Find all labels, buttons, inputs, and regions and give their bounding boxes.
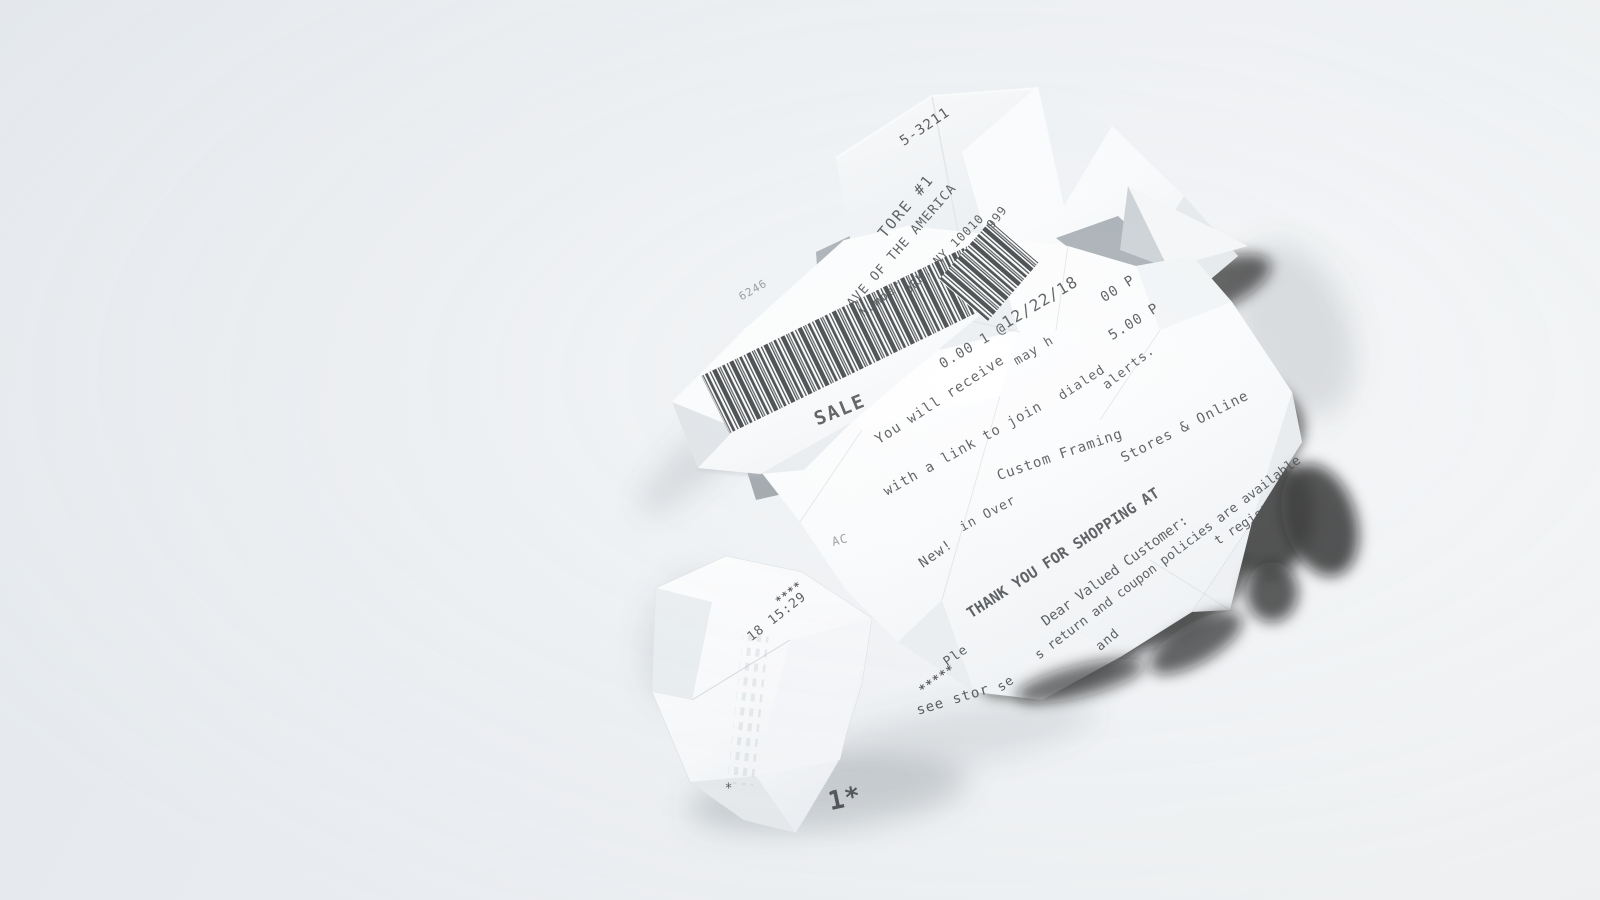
dear-customer: Dear Valued Customer: [1039, 513, 1192, 630]
price-top: 00 P [1098, 272, 1138, 306]
phone-fragment: 5-3211 [897, 105, 953, 150]
sale-label: SALE [811, 390, 869, 431]
footer-fragment: 1* [826, 781, 865, 817]
custom-framing: Custom Framing [995, 426, 1125, 484]
item-fragment: may h [1011, 333, 1057, 369]
star-fragment: * [725, 782, 734, 797]
stores-online: Stores & Online [1118, 388, 1251, 466]
se-fragment: se [994, 673, 1017, 695]
and-fragment: and [1093, 626, 1123, 655]
in-over-fragment: in Over [957, 493, 1019, 535]
account-fragment: AC [830, 531, 850, 549]
policy-line: s return and coupon policies are availab… [1032, 453, 1304, 663]
alerts-fragment: alerts. [1100, 343, 1158, 393]
new-label: New! [916, 537, 956, 572]
serial-digits: 6246 [737, 277, 770, 304]
number-digits: 999 [984, 203, 1010, 231]
price-bottom: 5.00 P [1106, 300, 1162, 344]
date-value: 12/22/18 [999, 272, 1082, 332]
photo-scene: 5-3211 TORE #1 AVE OF THE AMERICA ORK, N… [0, 0, 1600, 900]
dialed-fragment: dialed [1056, 362, 1109, 403]
receipt-text-layer: 5-3211 TORE #1 AVE OF THE AMERICA ORK, N… [0, 0, 1600, 900]
